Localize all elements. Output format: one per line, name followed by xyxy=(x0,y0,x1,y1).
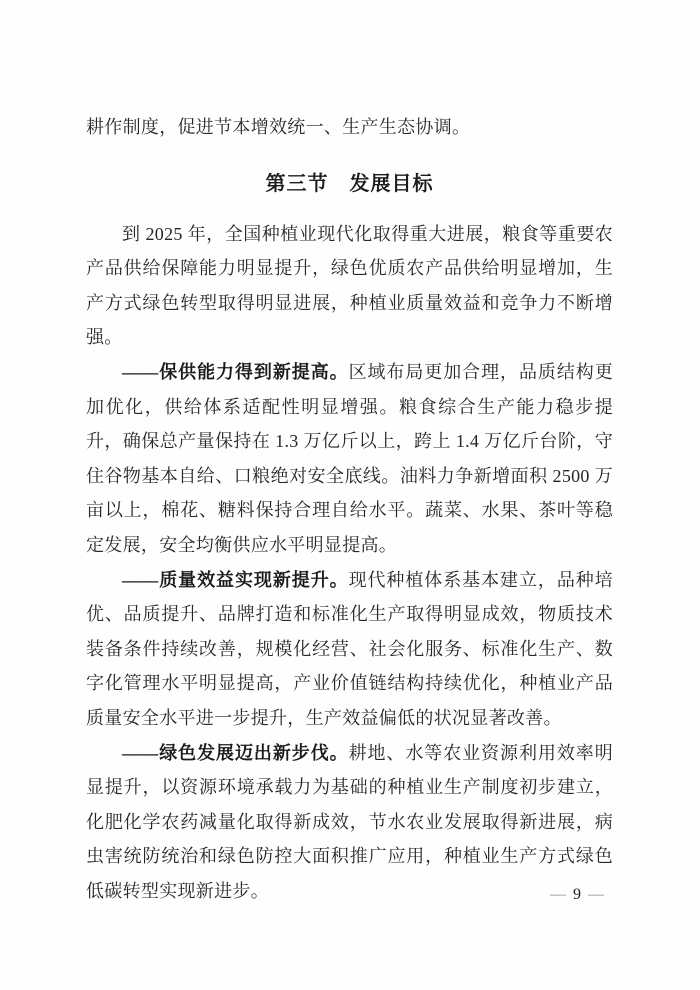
paragraph: ——保供能力得到新提高。区域布局更加合理，品质结构更加优化，供给体系适配性明显增… xyxy=(86,355,613,563)
page-content: 耕作制度，促进节本增效统一、生产生态协调。 第三节 发展目标 到 2025 年，… xyxy=(86,0,613,908)
continuation-paragraph: 耕作制度，促进节本增效统一、生产生态协调。 xyxy=(86,0,613,145)
paragraph-lead: ——质量效益实现新提升。 xyxy=(122,570,349,590)
page-number-value: 9 xyxy=(573,884,581,906)
page-number: — 9 — xyxy=(550,884,604,906)
paragraph-text: 耕地、水等农业资源利用效率明显提升，以资源环境承载力为基础的种植业生产制度初步建… xyxy=(86,743,613,901)
document-page: 耕作制度，促进节本增效统一、生产生态协调。 第三节 发展目标 到 2025 年，… xyxy=(0,0,700,990)
paragraph-lead: ——保供能力得到新提高。 xyxy=(122,362,349,382)
paragraph-lead: ——绿色发展迈出新步伐。 xyxy=(122,743,349,763)
paragraph: 到 2025 年，全国种植业现代化取得重大进展，粮食等重要农产品供给保障能力明显… xyxy=(86,217,613,355)
page-number-dash-left: — xyxy=(550,884,566,906)
paragraph-text: 到 2025 年，全国种植业现代化取得重大进展，粮食等重要农产品供给保障能力明显… xyxy=(86,224,613,348)
paragraph-text: 区域布局更加合理，品质结构更加优化，供给体系适配性明显增强。粮食综合生产能力稳步… xyxy=(86,362,613,555)
paragraph-text: 现代种植体系基本建立，品种培优、品质提升、品牌打造和标准化生产取得明显成效，物质… xyxy=(86,570,613,728)
section-heading: 第三节 发展目标 xyxy=(86,173,613,195)
paragraph: ——质量效益实现新提升。现代种植体系基本建立，品种培优、品质提升、品牌打造和标准… xyxy=(86,563,613,736)
page-number-dash-right: — xyxy=(588,884,604,906)
paragraph: ——绿色发展迈出新步伐。耕地、水等农业资源利用效率明显提升，以资源环境承载力为基… xyxy=(86,736,613,909)
